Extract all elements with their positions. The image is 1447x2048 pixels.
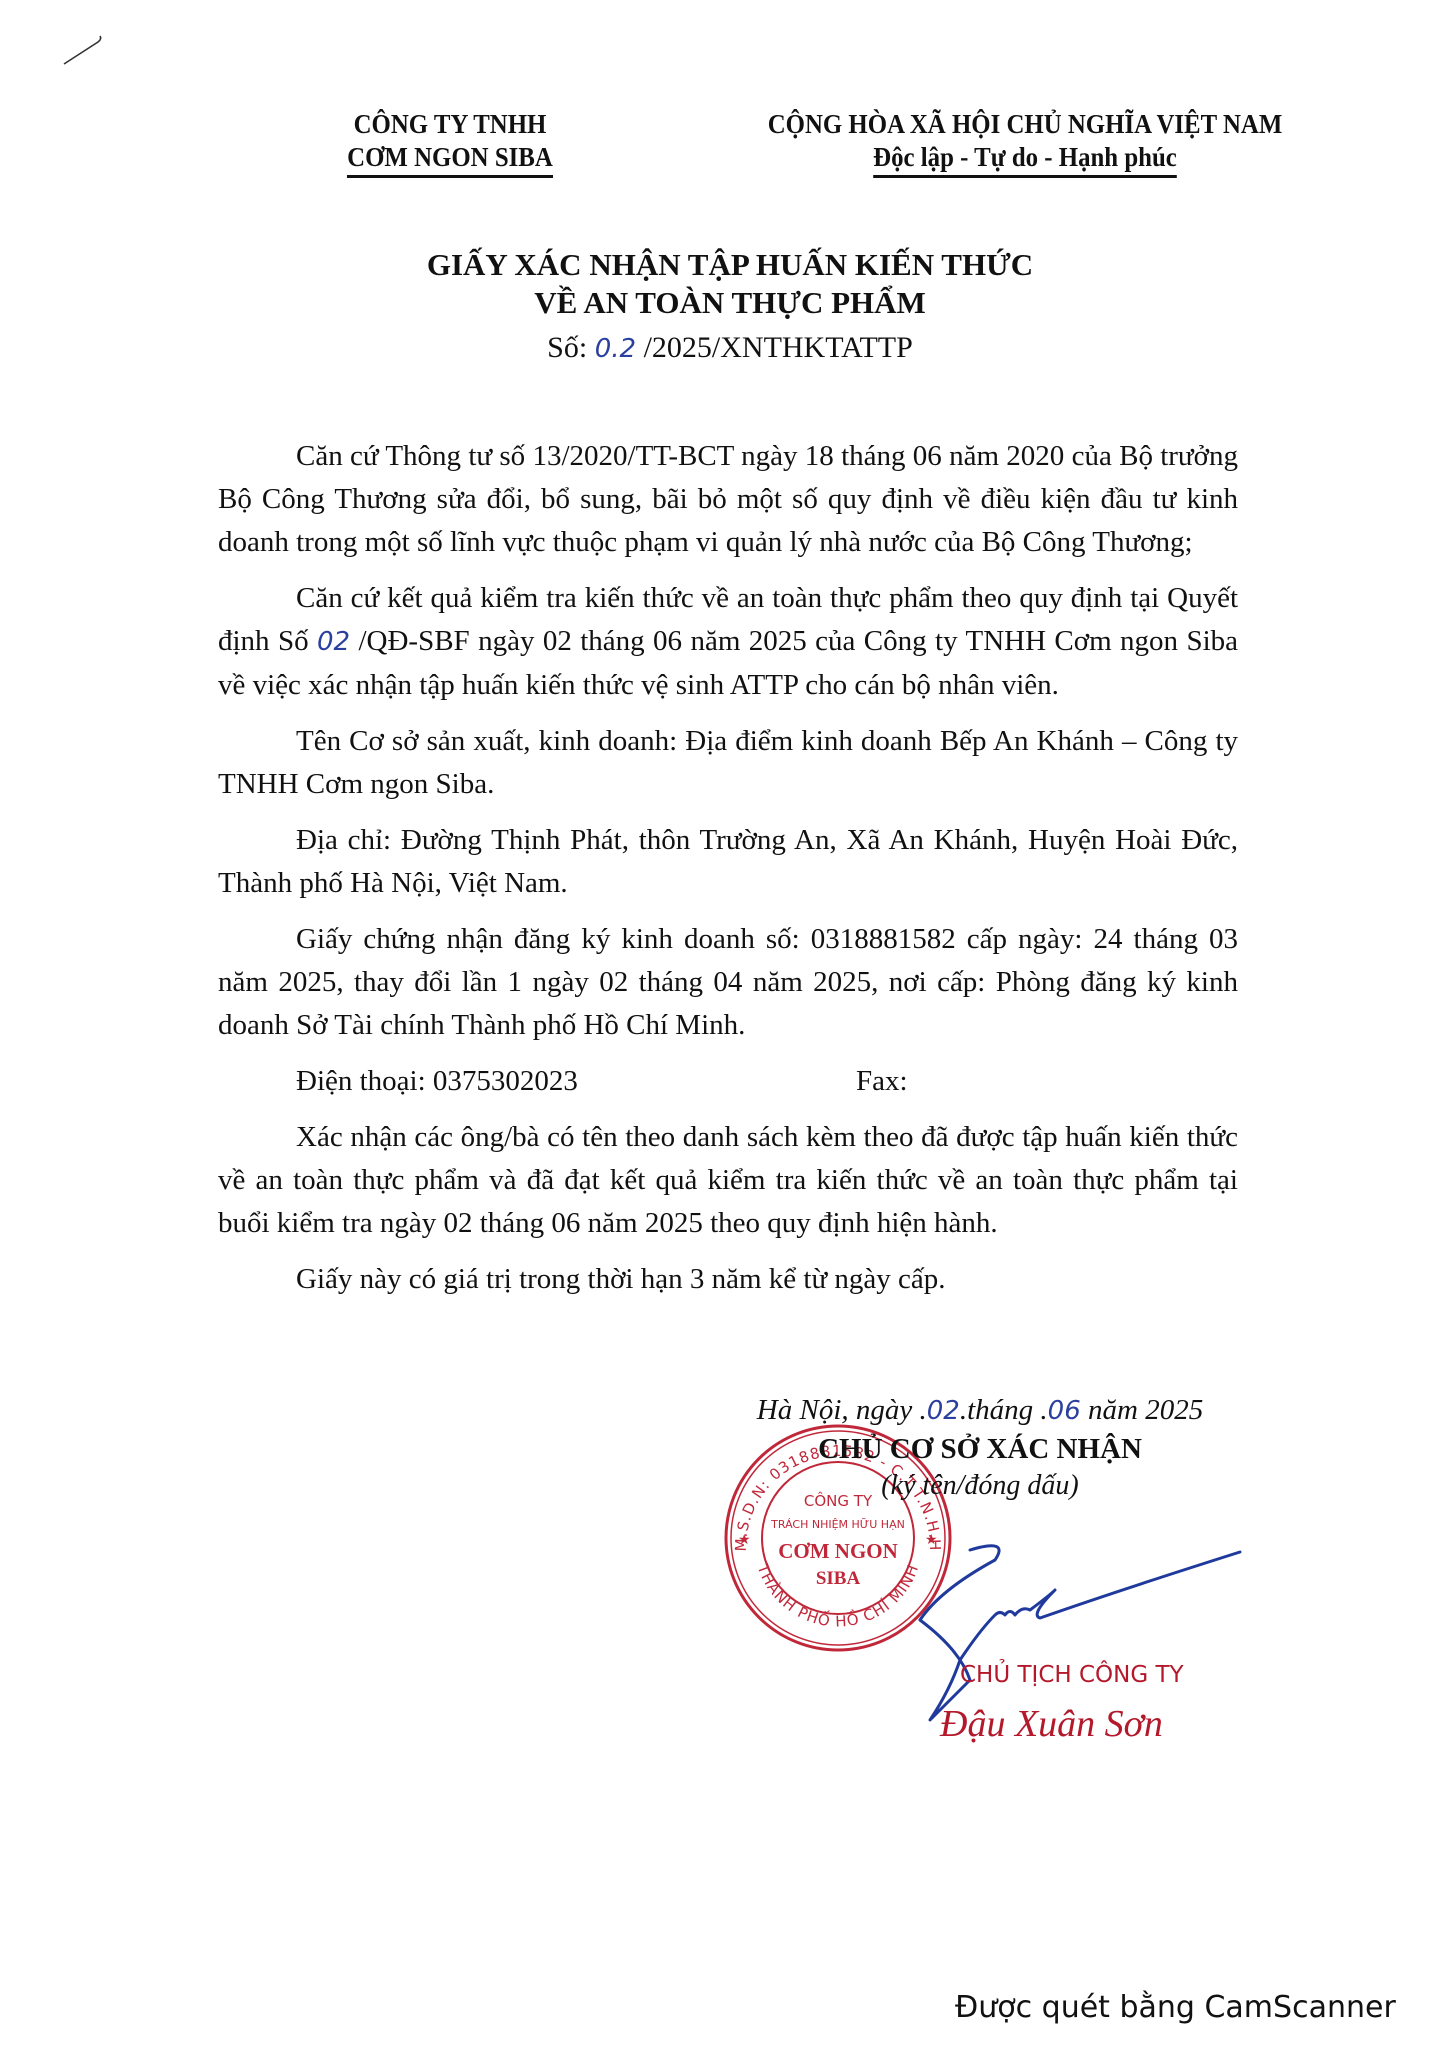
decision-number-handwritten: 02 (317, 627, 350, 657)
scan-mark-icon (60, 28, 110, 68)
paragraph-registration: Giấy chứng nhận đăng ký kinh doanh số: 0… (218, 918, 1238, 1047)
date-month-handwritten: 06 (1048, 1396, 1081, 1426)
date-mid: .tháng . (960, 1394, 1048, 1426)
signer-name: Đậu Xuân Sơn (940, 1702, 1163, 1746)
company-name: CƠM NGON SIBA (347, 141, 553, 178)
issue-date: Hà Nội, ngày .02.tháng .06 năm 2025 (700, 1390, 1260, 1431)
svg-text:SIBA: SIBA (816, 1568, 861, 1589)
document-body: Căn cứ Thông tư số 13/2020/TT-BCT ngày 1… (218, 435, 1238, 1314)
fax-number: Fax: (778, 1060, 908, 1103)
doc-number-suffix: /2025/XNTHKTATTP (636, 331, 913, 364)
company-header: CÔNG TY TNHH CƠM NGON SIBA (312, 108, 588, 178)
title-line-2: VỀ AN TOÀN THỰC PHẨM (300, 284, 1160, 322)
document-title: GIẤY XÁC NHẬN TẬP HUẤN KIẾN THỨC VỀ AN T… (300, 246, 1160, 322)
paragraph-confirmation: Xác nhận các ông/bà có tên theo danh sác… (218, 1116, 1238, 1245)
national-title: CỘNG HÒA XÃ HỘI CHỦ NGHĨA VIỆT NAM (740, 108, 1310, 141)
doc-number-handwritten: 0.2 (595, 334, 636, 364)
svg-text:★: ★ (738, 1532, 751, 1548)
paragraph-business-name: Tên Cơ sở sản xuất, kinh doanh: Địa điểm… (218, 720, 1238, 806)
date-suffix: năm 2025 (1081, 1394, 1203, 1426)
paragraph-address: Địa chỉ: Đường Thịnh Phát, thôn Trường A… (218, 819, 1238, 905)
document-number: Số: 0.2 /2025/XNTHKTATTP (300, 331, 1160, 365)
paragraph-validity: Giấy này có giá trị trong thời hạn 3 năm… (218, 1258, 1238, 1301)
company-type: CÔNG TY TNHH (312, 108, 588, 141)
signer-instruction: (ký tên/đóng dấu) (700, 1467, 1260, 1505)
national-motto: Độc lập - Tự do - Hạnh phúc (873, 141, 1177, 178)
signer-title: CHỦ CƠ SỞ XÁC NHẬN (700, 1431, 1260, 1467)
signer-position: CHỦ TỊCH CÔNG TY (960, 1662, 1184, 1688)
doc-number-prefix: Số: (547, 331, 595, 364)
p2-text-after: /QĐ-SBF ngày 02 tháng 06 năm 2025 của Cô… (218, 625, 1238, 701)
title-line-1: GIẤY XÁC NHẬN TẬP HUẤN KIẾN THỨC (300, 246, 1160, 284)
date-day-handwritten: 02 (927, 1396, 960, 1426)
phone-number: Điện thoại: 0375302023 (218, 1060, 778, 1103)
date-prefix: Hà Nội, ngày . (757, 1394, 927, 1426)
national-header: CỘNG HÒA XÃ HỘI CHỦ NGHĨA VIỆT NAM Độc l… (740, 108, 1310, 178)
svg-text:TRÁCH NHIỆM HỮU HẠN: TRÁCH NHIỆM HỮU HẠN (770, 1518, 905, 1531)
signature-block: Hà Nội, ngày .02.tháng .06 năm 2025 CHỦ … (700, 1390, 1260, 1505)
paragraph-contact: Điện thoại: 0375302023 Fax: (218, 1060, 1238, 1103)
svg-text:CƠM NGON: CƠM NGON (778, 1539, 898, 1563)
document-page: CÔNG TY TNHH CƠM NGON SIBA CỘNG HÒA XÃ H… (0, 0, 1447, 2048)
paragraph-legal-basis-2: Căn cứ kết quả kiểm tra kiến thức về an … (218, 577, 1238, 707)
paragraph-legal-basis-1: Căn cứ Thông tư số 13/2020/TT-BCT ngày 1… (218, 435, 1238, 564)
camscanner-watermark: Được quét bằng CamScanner (955, 1990, 1396, 2025)
